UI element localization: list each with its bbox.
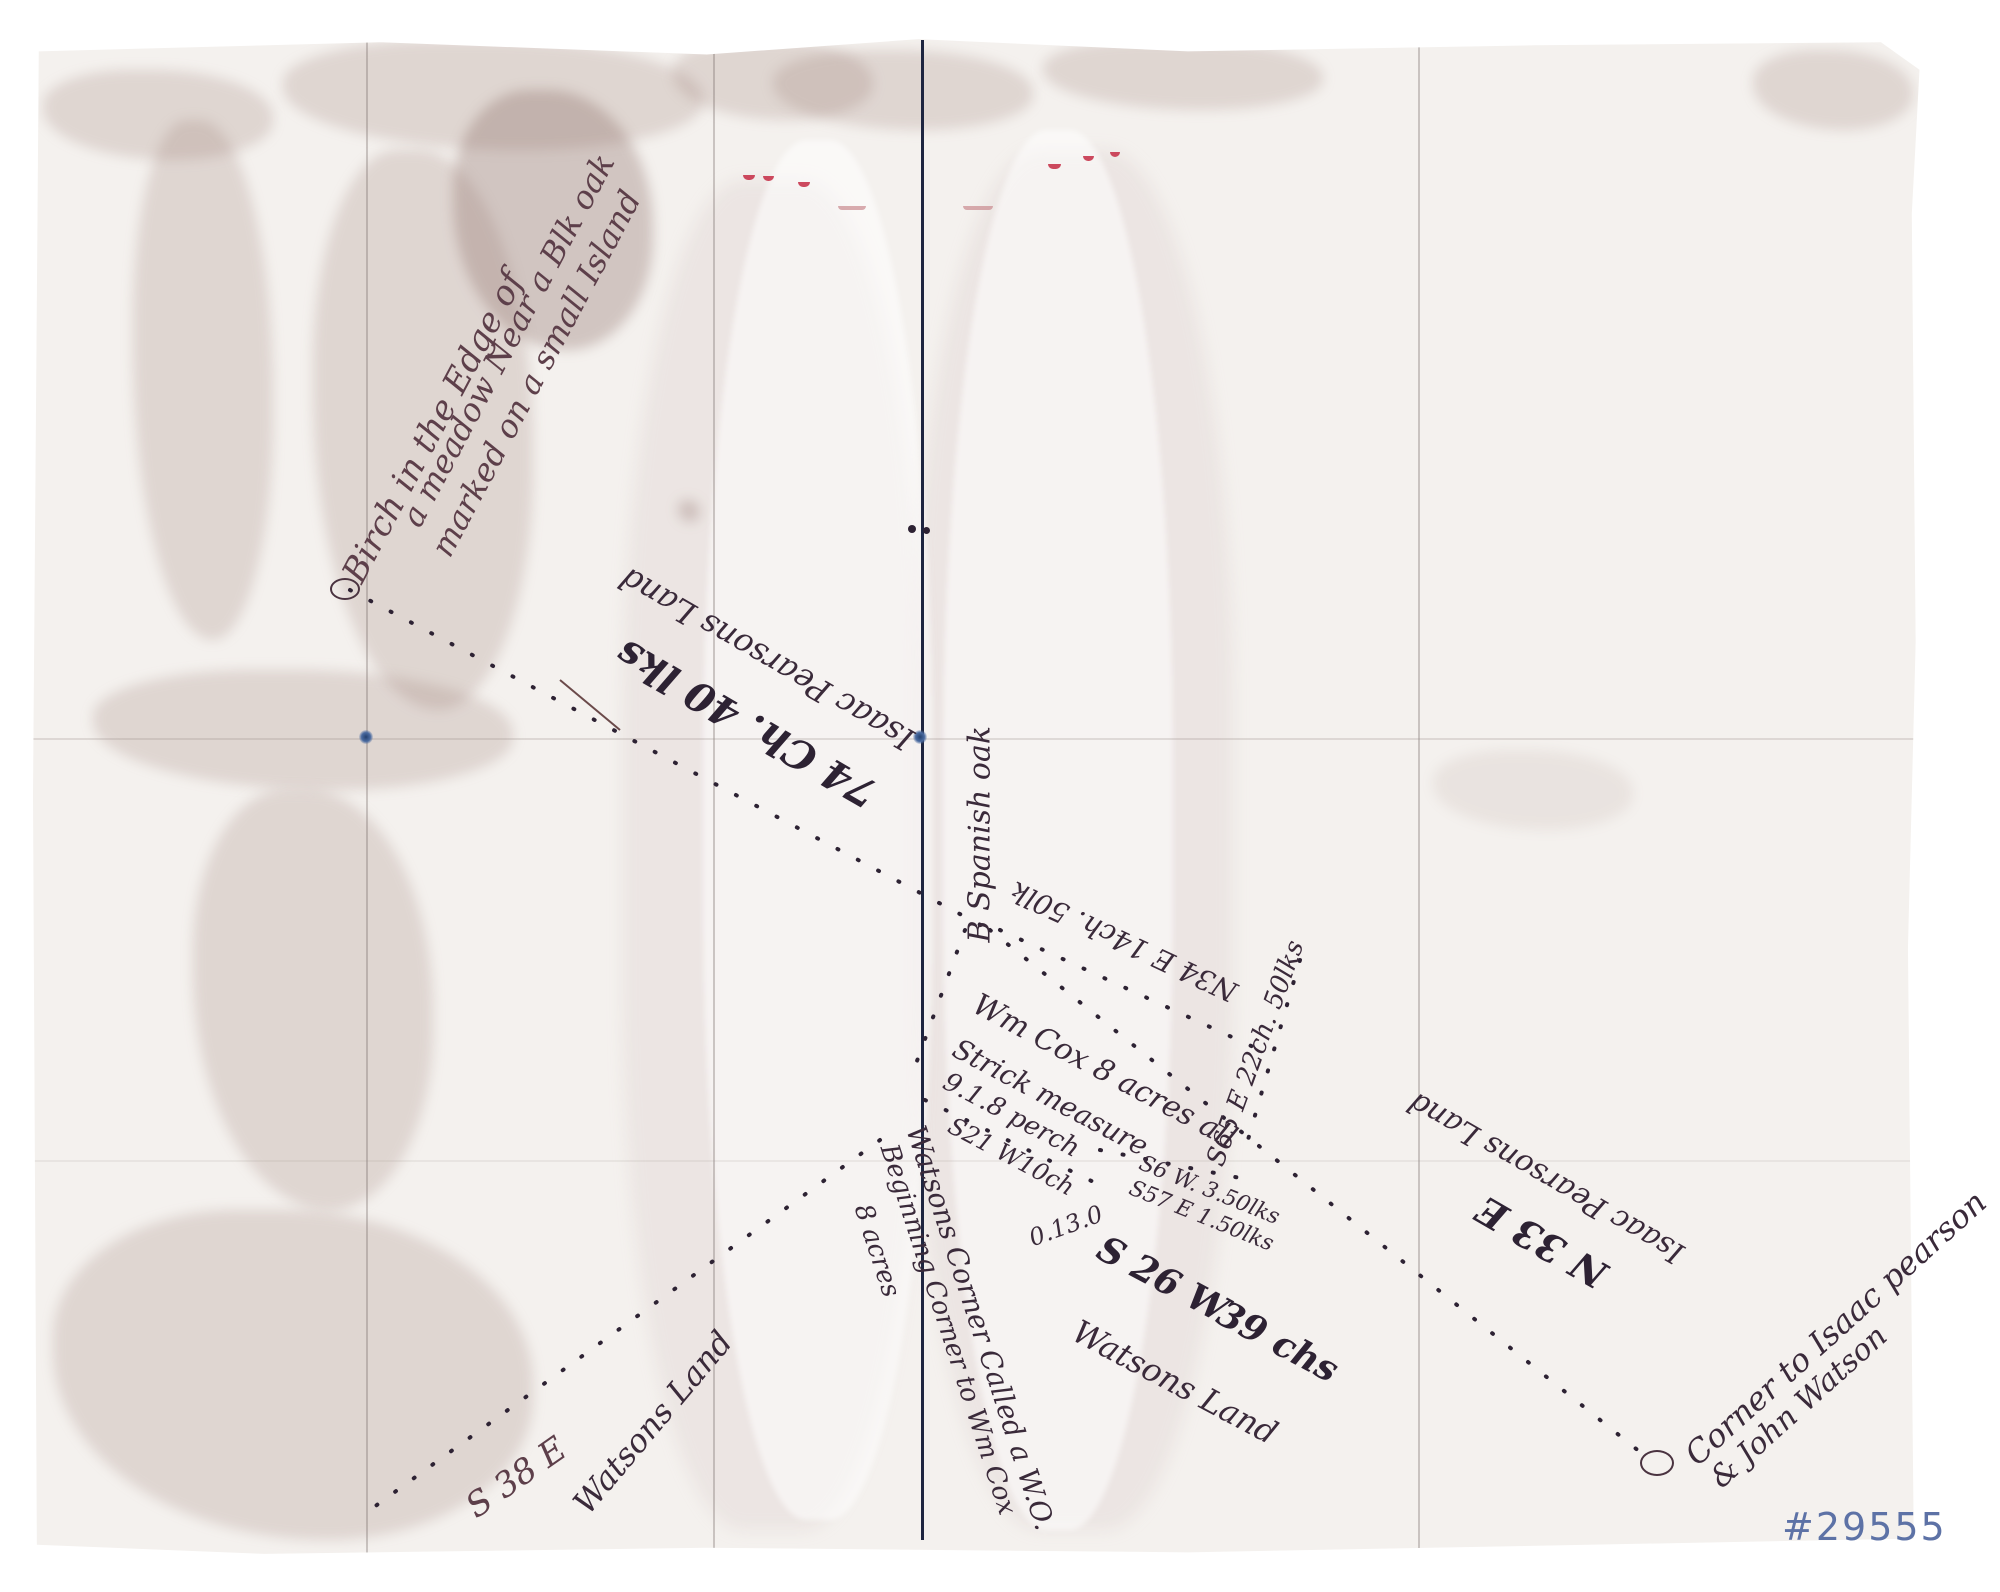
annotation-spanish-oak: B Spanish oak [963,726,998,943]
pearson-watson-corner-marker [1640,1450,1674,1476]
pen-stroke [560,680,620,730]
survey-line-birch-to-oak [350,590,990,930]
catalog-number: #29555 [1782,1505,1947,1549]
